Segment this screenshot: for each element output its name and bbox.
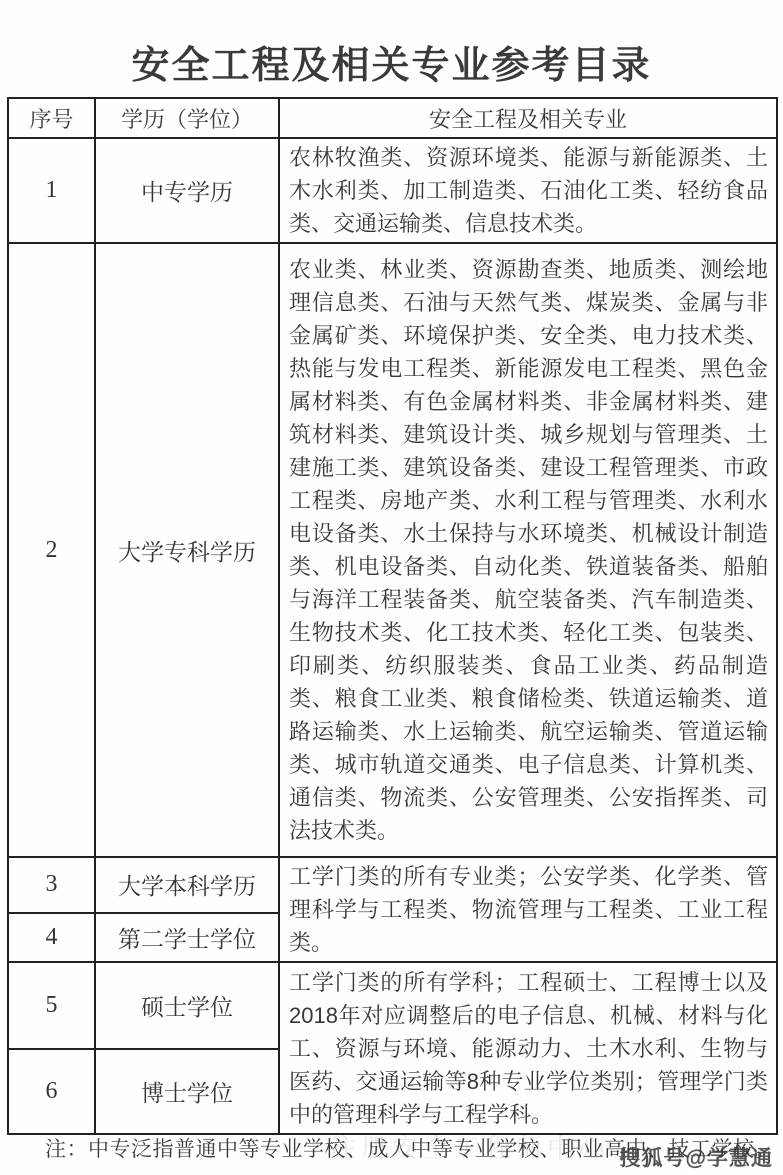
row1-no: 1: [8, 138, 95, 243]
row3-4-majors: 工学门类的所有专业类；公安学类、化学类、管理科学与工程类、物流管理与工程类、工业…: [279, 857, 777, 962]
row4-no: 4: [8, 913, 95, 962]
sohu-watermark: 搜狐号@学慧通: [620, 1142, 773, 1172]
row2-no: 2: [8, 243, 95, 857]
table-row: 2 大学专科学历 农业类、林业类、资源勘查类、地质类、测绘地理信息类、石油与天然…: [8, 243, 777, 857]
row5-degree: 硕士学位: [95, 962, 279, 1049]
page-title: 安全工程及相关专业参考目录: [0, 34, 783, 89]
document-page: 安全工程及相关专业参考目录 序号 学历（学位） 安全工程及相关专业 1 中专学历…: [0, 0, 783, 1175]
row1-degree: 中专学历: [95, 138, 279, 243]
row2-degree: 大学专科学历: [95, 243, 279, 857]
header-degree: 学历（学位）: [95, 98, 279, 138]
header-no: 序号: [8, 98, 95, 138]
row6-degree: 博士学位: [95, 1049, 279, 1134]
row3-no: 3: [8, 857, 95, 913]
header-majors: 安全工程及相关专业: [279, 98, 777, 138]
row5-no: 5: [8, 962, 95, 1049]
row1-majors: 农林牧渔类、资源环境类、能源与新能源类、土木水利类、加工制造类、石油化工类、轻纺…: [279, 138, 777, 243]
row3-degree: 大学本科学历: [95, 857, 279, 913]
table-row: 5 硕士学位 工学门类的所有学科；工程硕士、工程博士以及2018年对应调整后的电…: [8, 962, 777, 1049]
row6-no: 6: [8, 1049, 95, 1134]
row5-6-majors: 工学门类的所有学科；工程硕士、工程博士以及2018年对应调整后的电子信息、机械、…: [279, 962, 777, 1134]
row2-majors: 农业类、林业类、资源勘查类、地质类、测绘地理信息类、石油与天然气类、煤炭类、金属…: [279, 243, 777, 857]
table-row: 1 中专学历 农林牧渔类、资源环境类、能源与新能源类、土木水利类、加工制造类、石…: [8, 138, 777, 243]
table-row: 3 大学本科学历 工学门类的所有专业类；公安学类、化学类、管理科学与工程类、物流…: [8, 857, 777, 913]
majors-catalog-table: 序号 学历（学位） 安全工程及相关专业 1 中专学历 农林牧渔类、资源环境类、能…: [7, 97, 778, 1135]
table-header-row: 序号 学历（学位） 安全工程及相关专业: [8, 98, 777, 138]
row4-degree: 第二学士学位: [95, 913, 279, 962]
